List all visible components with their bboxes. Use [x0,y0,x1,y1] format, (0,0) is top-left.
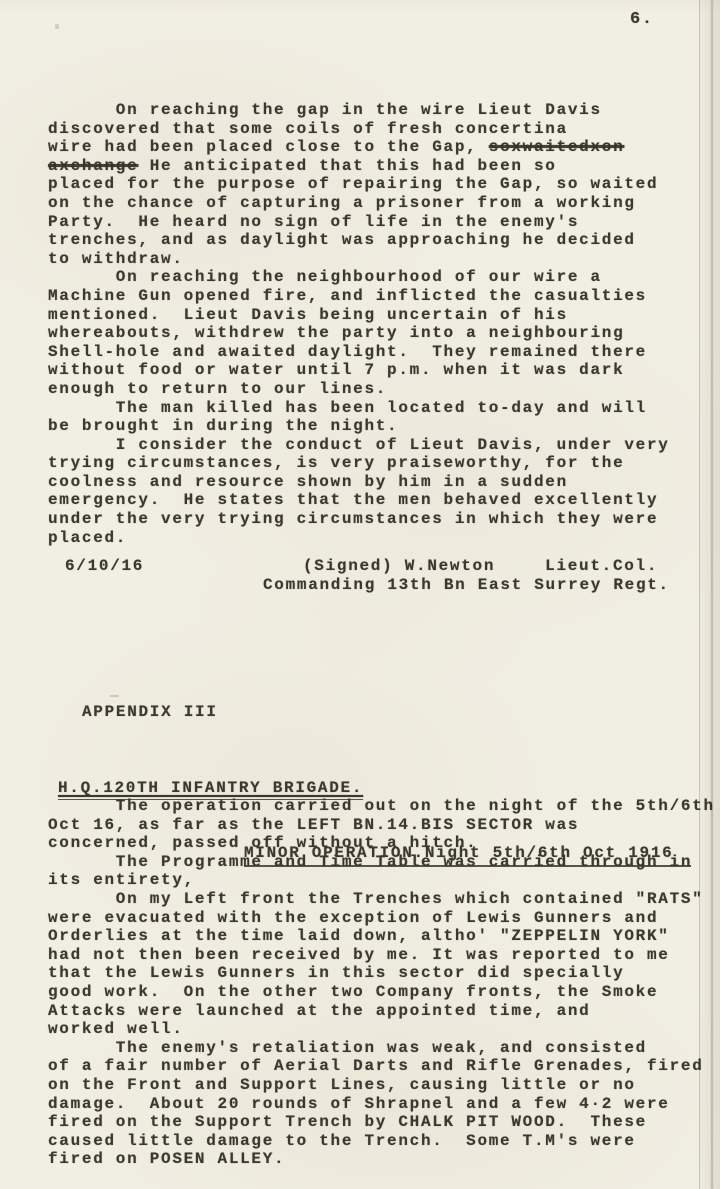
appendix-paragraphs: The operation carried out on the night o… [48,797,715,1169]
paper-speck [55,24,59,29]
report-paragraphs: On reaching the gap in the wire Lieut Da… [48,101,670,547]
signature-date: 6/10/16 [65,557,144,576]
report-text-body: He anticipated that this had been so pla… [48,157,670,547]
signature-rank: Lieut.Col. [545,557,658,575]
page-number: 6. [630,11,654,30]
document-page: 6. On reaching the gap in the wire Lieut… [0,0,720,1189]
signature-name: (Signed) W.Newton [303,557,495,575]
signature-command: Commanding 13th Bn East Surrey Regt. [263,576,670,595]
signature-line: (Signed) W.NewtonLieut.Col. [303,557,658,576]
appendix-title: APPENDIX III [82,703,218,722]
pencil-dash-mark [110,695,119,697]
